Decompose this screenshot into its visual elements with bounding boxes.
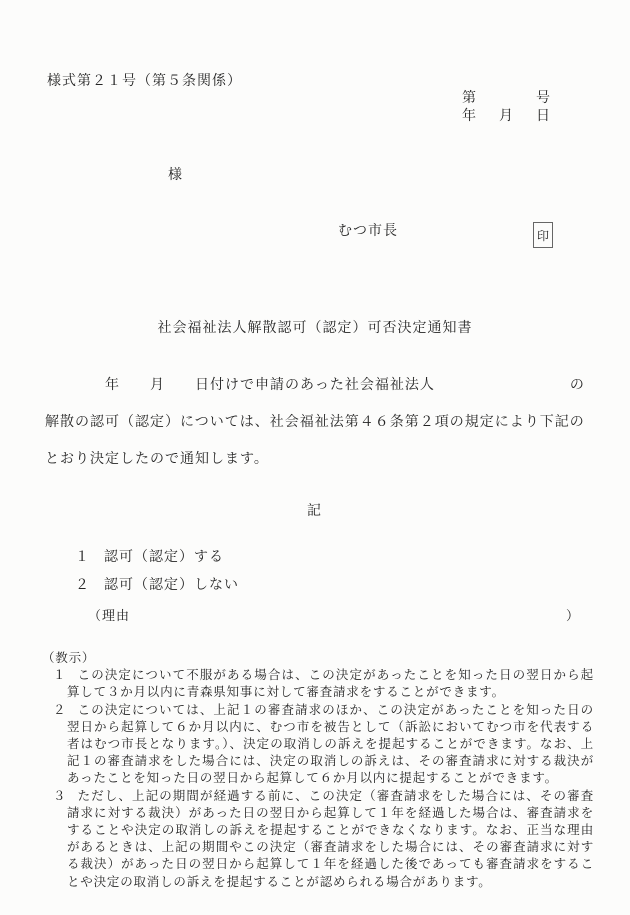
seal-label: 印	[537, 227, 549, 244]
instruction-text: ただし、上記の期間が経過する前に、この決定（審査請求をした場合には、その審査請求…	[67, 789, 594, 889]
appeal-instructions: （教示） １この決定について不服がある場合は、この決定があったことを知った日の翌…	[40, 650, 594, 891]
option-number: ２	[75, 578, 90, 593]
date-year-label: 年	[462, 105, 476, 125]
reason-open-label: （理由	[88, 605, 130, 624]
doc-number-prefix: 第	[462, 87, 476, 107]
document-date-line: 年 月 日	[462, 105, 550, 125]
document-page: 様式第２１号（第５条関係） 第 号 年 月 日 様 むつ市長 印 社会福祉法人解…	[0, 0, 630, 915]
instruction-number: １	[53, 668, 67, 682]
body-line: 解散の認可（認定）については、社会福祉法第４６条第２項の規定により下記の	[45, 404, 593, 441]
body-line: とおり決定したので通知します。	[45, 441, 593, 478]
option-label: 認可（認定）する	[104, 550, 224, 565]
instruction-item-3: ３ただし、上記の期間が経過する前に、この決定（審査請求をした場合には、その審査請…	[40, 788, 594, 891]
date-month-label: 月	[499, 105, 513, 125]
document-number-line: 第 号	[462, 87, 550, 107]
instruction-item-2: ２この決定については、上記１の審査請求のほか、この決定があったことを知った日の翌…	[40, 702, 594, 788]
instruction-number: ３	[53, 789, 67, 803]
option-number: １	[75, 550, 90, 565]
instruction-item-1: １この決定について不服がある場合は、この決定があったことを知った日の翌日から起算…	[40, 667, 594, 701]
date-day-label: 日	[536, 105, 550, 125]
option-label: 認可（認定）しない	[104, 578, 239, 593]
reason-field: （理由 ）	[88, 605, 580, 624]
form-number: 様式第２１号（第５条関係）	[47, 70, 242, 90]
instructions-heading: （教示）	[42, 650, 594, 667]
decision-options: １認可（認定）する ２認可（認定）しない	[75, 544, 239, 600]
decision-option-2: ２認可（認定）しない	[75, 572, 239, 600]
recipient-honorific: 様	[168, 164, 183, 184]
instruction-text: この決定については、上記１の審査請求のほか、この決定があったことを知った日の翌日…	[67, 703, 594, 786]
instruction-text: この決定について不服がある場合は、この決定があったことを知った日の翌日から起算し…	[67, 668, 594, 699]
body-line: 年 月 日付けで申請のあった社会福祉法人 の	[45, 367, 593, 404]
decision-option-1: １認可（認定）する	[75, 544, 239, 572]
reason-close-paren: ）	[566, 605, 580, 624]
record-marker: 記	[0, 500, 630, 520]
instruction-number: ２	[53, 703, 67, 717]
seal-mark: 印	[533, 222, 553, 248]
doc-number-suffix: 号	[536, 87, 550, 107]
issuer-title: むつ市長	[338, 220, 398, 240]
page-title: 社会福祉法人解散認可（認定）可否決定通知書	[0, 317, 630, 337]
body-paragraph: 年 月 日付けで申請のあった社会福祉法人 の 解散の認可（認定）については、社会…	[45, 367, 593, 478]
